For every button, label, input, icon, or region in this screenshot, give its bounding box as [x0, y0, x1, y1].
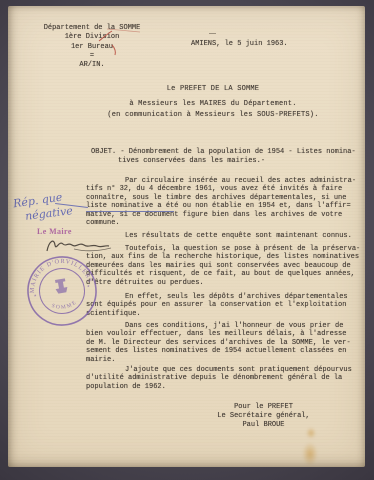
stain-mark	[296, 424, 326, 474]
blue-ink-underline	[86, 211, 174, 212]
pencil-dash-mark	[209, 33, 216, 34]
stamp-star-right: *	[86, 284, 91, 292]
document-page: Département de la SOMME 1ère Division 1e…	[8, 6, 365, 467]
date-line: AMIENS, le 5 juin 1963.	[191, 40, 288, 48]
red-pen-stroke	[112, 45, 115, 55]
stamp-crest-emblem	[54, 278, 68, 294]
red-pen-stroke	[99, 31, 112, 41]
cc-line: (en communication à Messieurs les SOUS-P…	[63, 111, 363, 119]
scan-background: Département de la SOMME 1ère Division 1e…	[0, 0, 374, 480]
body-paragraph-1: Par circulaire insérée au recueil des ac…	[86, 177, 366, 227]
stamp-star-left: *	[33, 293, 38, 301]
sender-title-line: Le PREFET DE LA SOMME	[63, 85, 363, 93]
stamp-bottom-text-curved: SOMME	[50, 299, 79, 313]
mairie-round-stamp: MAIRIE D'ORVILLERS SOMME * *	[19, 248, 105, 334]
body-paragraph-2: Les résultats de cette enquête sont main…	[86, 232, 366, 240]
subject-block: OBJET. - Dénombrement de la population d…	[91, 148, 374, 167]
body-paragraph-6: J'ajoute que ces documents sont pratique…	[86, 366, 366, 391]
body-paragraph-3: Toutefois, la question se pose à présent…	[86, 245, 366, 287]
mayor-stamp-label: Le Maire	[37, 227, 72, 236]
red-pen-marks	[93, 24, 153, 64]
addressee-line: à Messieurs les MAIRES du Département.	[63, 100, 363, 108]
body-paragraph-5: Dans ces conditions, j'ai l'honneur de v…	[86, 322, 366, 364]
closing-block: Pour le PREFET Le Secrétaire général, Pa…	[166, 403, 361, 429]
body-paragraph-4: En effet, seuls les dépôts d'archives dé…	[86, 293, 366, 318]
stamp-ring-text-curved: MAIRIE D'ORVILLERS	[24, 253, 94, 295]
